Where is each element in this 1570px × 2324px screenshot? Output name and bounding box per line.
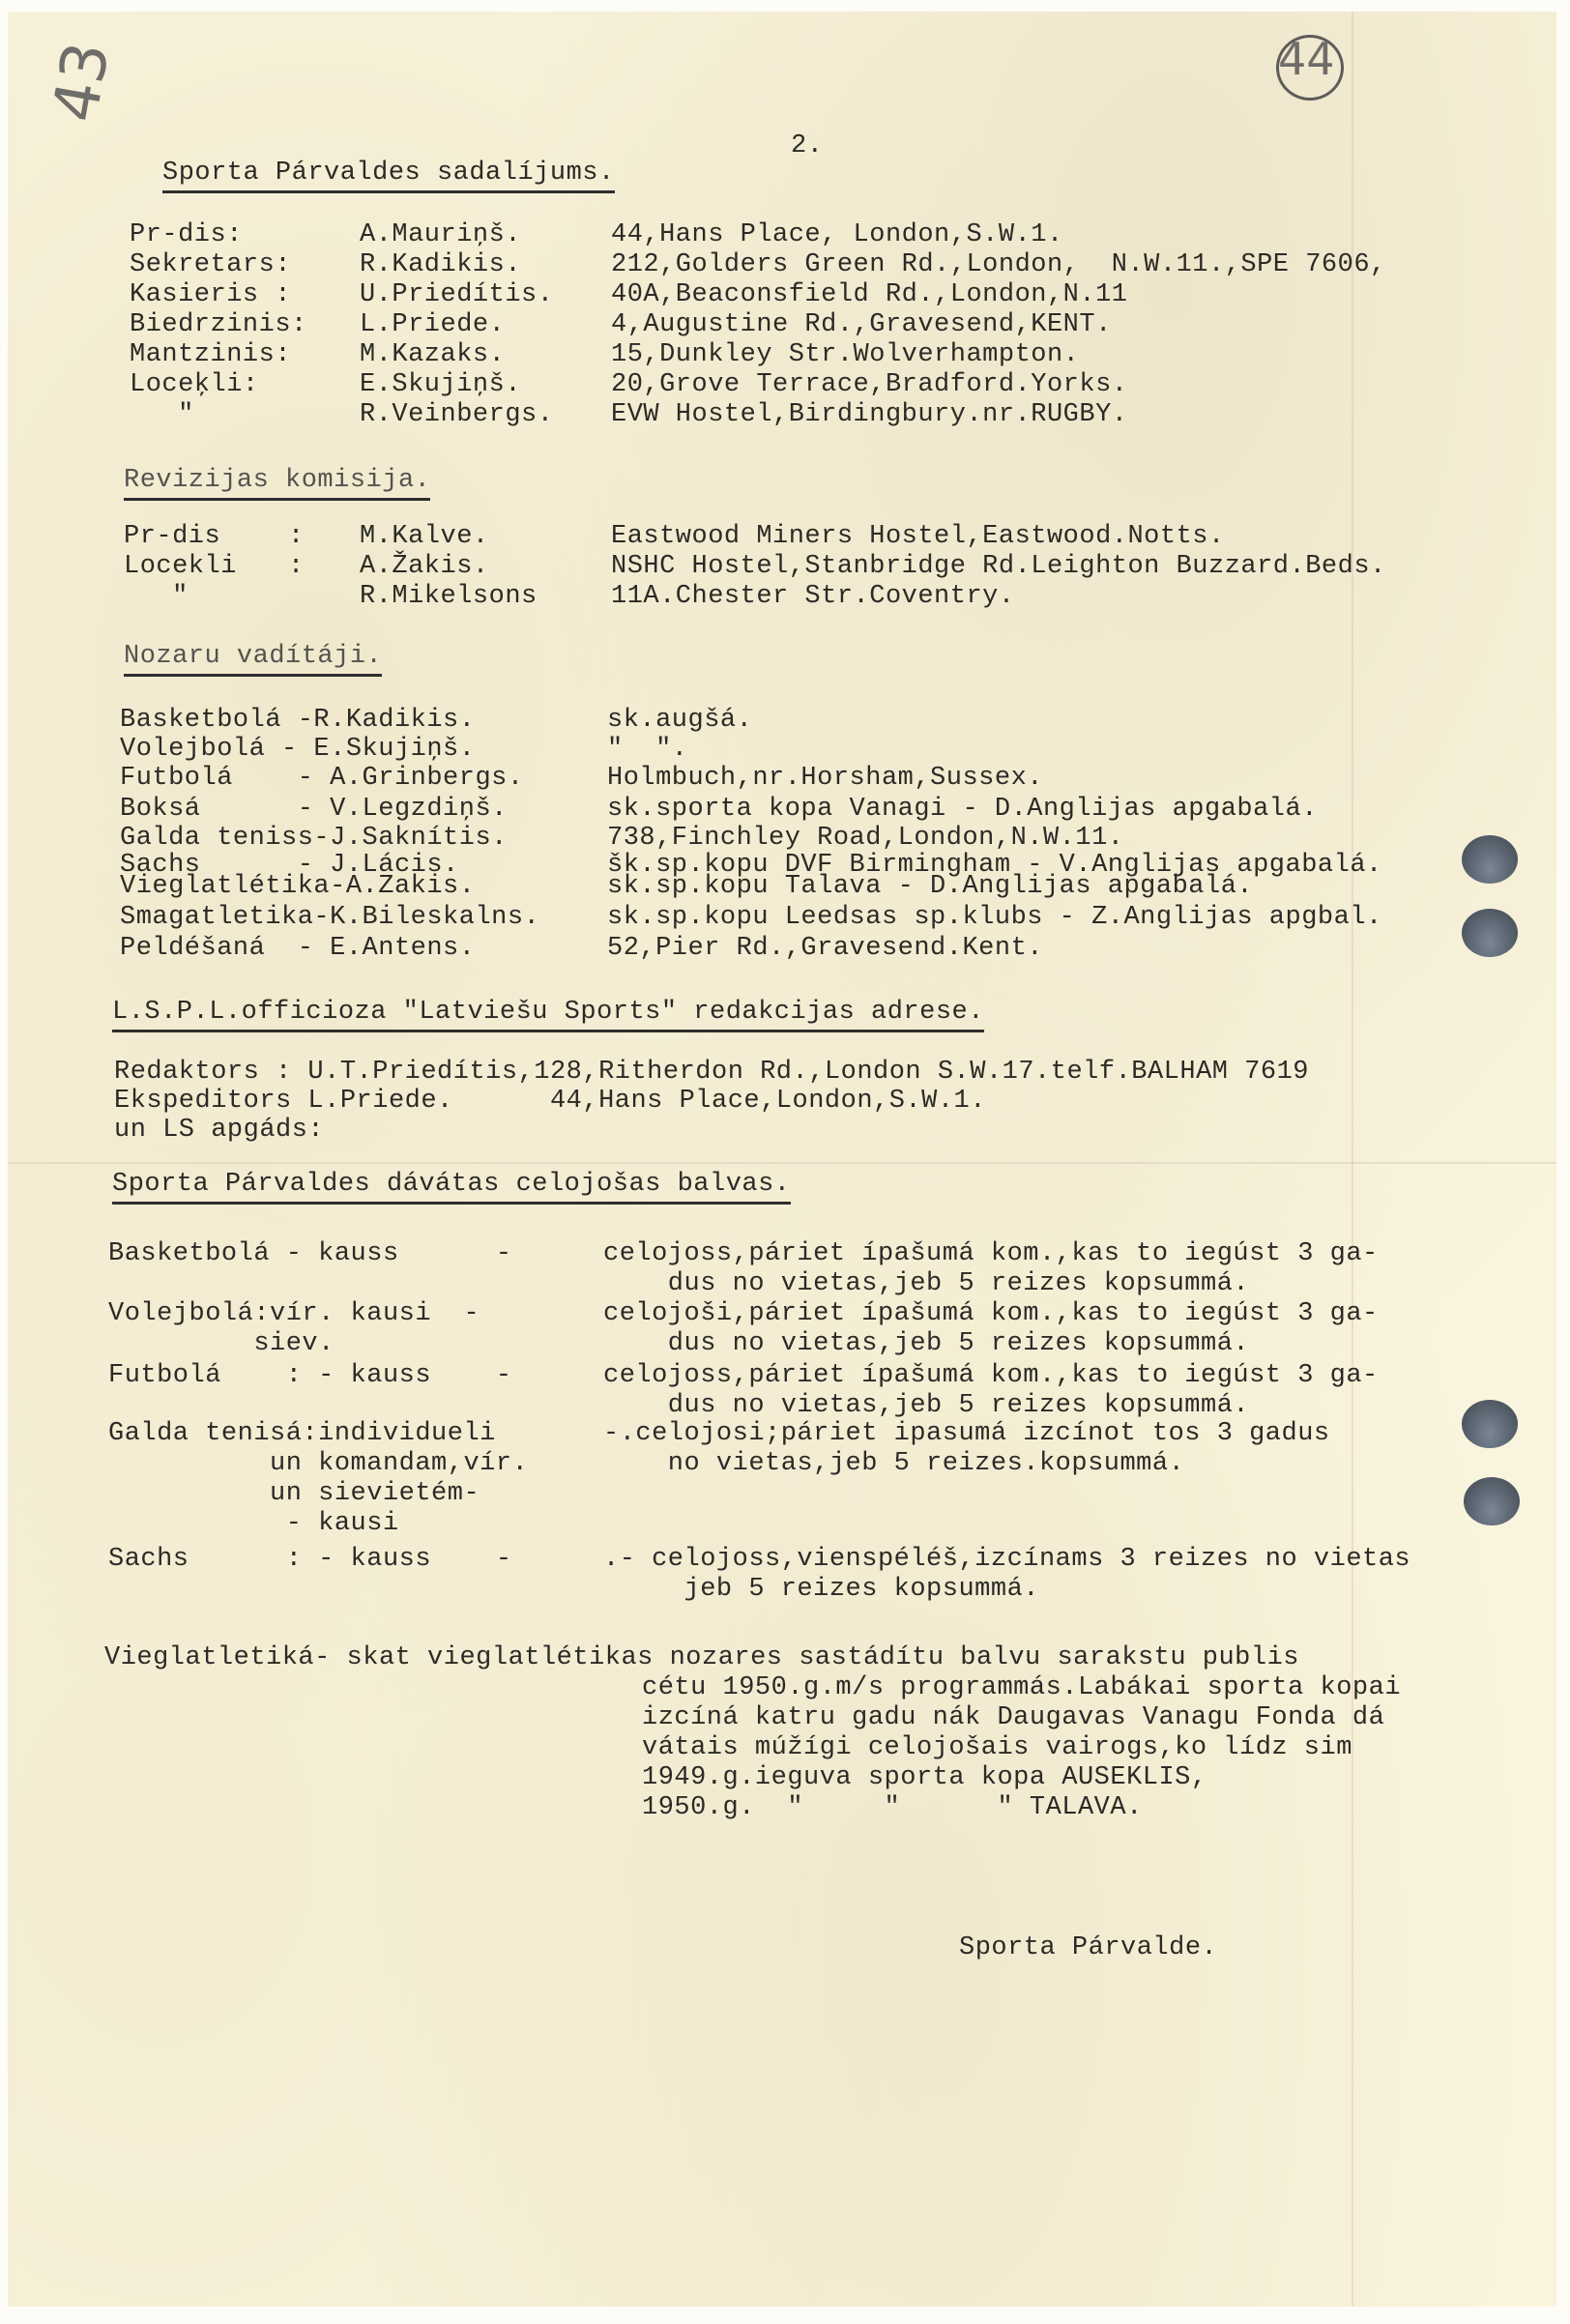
audit-member-name: R.Mikelsons	[360, 582, 538, 612]
branch-head-info: sk.sp.kopu Leedsas sp.klubs - Z.Anglijas…	[607, 903, 1382, 933]
board-role: Mantzinis:	[130, 340, 291, 370]
trophy-sport: Galda tenisá:individueli	[108, 1419, 496, 1449]
trophy-rule: celojoss,páriet ípašumá kom.,kas to iegú…	[603, 1239, 1379, 1269]
branch-head-info: " ".	[607, 735, 688, 765]
trophy-sport: Basketbolá - kauss -	[108, 1239, 512, 1269]
board-role: Loceķli:	[130, 370, 259, 400]
branch-sport-head: Futbolá - A.Grinbergs.	[120, 764, 524, 794]
board-member-name: A.Mauriņš.	[360, 220, 521, 250]
trophy-rule: celojoši,páriet ípašumá kom.,kas to iegú…	[603, 1299, 1379, 1329]
audit-role: "	[124, 582, 189, 612]
audit-member-name: M.Kalve.	[360, 522, 489, 552]
board-member-address: 4,Augustine Rd.,Gravesend,KENT.	[611, 310, 1112, 340]
punch-hole	[1462, 835, 1518, 884]
signature: Sporta Párvalde.	[959, 1933, 1217, 1963]
board-role: "	[130, 400, 194, 430]
board-member-name: R.Kadikis.	[360, 250, 521, 280]
audit-member-address: NSHC Hostel,Stanbridge Rd.Leighton Buzza…	[611, 552, 1386, 582]
branch-sport-head: Basketbolá -R.Kadikis.	[120, 706, 475, 736]
branch-head-info: sk.sp.kopu Talava - D.Anglijas apgabalá.	[607, 872, 1253, 902]
branch-sport-head: Peldéšaná - E.Antens.	[120, 934, 475, 964]
trophy-rule: no vietas,jeb 5 reizes.kopsummá.	[603, 1449, 1184, 1479]
audit-member-name: A.Žakis.	[360, 552, 489, 582]
board-member-name: M.Kazaks.	[360, 340, 505, 370]
editorial-line: Redaktors : U.T.Priedítis,128,Ritherdon …	[114, 1058, 1309, 1088]
audit-member-address: Eastwood Miners Hostel,Eastwood.Notts.	[611, 522, 1225, 552]
editorial-line: Ekspeditors L.Priede. 44,Hans Place,Lond…	[114, 1087, 986, 1117]
branch-sport-head: Galda teniss-J.Saknítis.	[120, 824, 508, 854]
trophy-sport: un komandam,vír.	[108, 1449, 528, 1479]
board-role: Sekretars:	[130, 250, 291, 280]
board-member-address: EVW Hostel,Birdingbury.nr.RUGBY.	[611, 400, 1127, 430]
trophy-sport: Sachs : - kauss -	[108, 1545, 512, 1575]
athletics-line: cétu 1950.g.m/s programmás.Labákai sport…	[642, 1673, 1401, 1703]
athletics-line: izcíná katru gadu nák Daugavas Vanagu Fo…	[642, 1703, 1384, 1733]
board-role: Biedrzinis:	[130, 310, 307, 340]
audit-separator: :	[288, 522, 305, 552]
trophy-rule: dus no vietas,jeb 5 reizes kopsummá.	[603, 1391, 1249, 1421]
handwritten-circled-number-text: 44	[1278, 33, 1335, 85]
punch-hole	[1464, 1477, 1520, 1525]
board-member-address: 20,Grove Terrace,Bradford.Yorks.	[611, 370, 1127, 400]
trophy-sport: Futbolá : - kauss -	[108, 1361, 512, 1391]
athletics-line: vátais múžígi celojošais vairogs,ko lídz…	[642, 1733, 1352, 1763]
board-member-address: 44,Hans Place, London,S.W.1.	[611, 220, 1063, 250]
board-member-name: E.Skujiņš.	[360, 370, 521, 400]
branch-sport-head: Vieglatlétika-A.Zakis.	[120, 872, 475, 902]
trophy-rule: celojoss,páriet ípašumá kom.,kas to iegú…	[603, 1361, 1379, 1391]
athletics-label: Vieglatletiká- skat vieglatlétikas nozar…	[104, 1643, 1299, 1673]
branch-head-info: sk.augšá.	[607, 706, 752, 736]
trophy-sport: - kausi	[108, 1509, 399, 1539]
branch-head-info: 738,Finchley Road,London,N.W.11.	[607, 824, 1123, 854]
trophy-sport: Volejbolá:vír. kausi -	[108, 1299, 480, 1329]
branch-sport-head: Boksá - V.Legzdiņš.	[120, 795, 508, 825]
audit-member-address: 11A.Chester Str.Coventry.	[611, 582, 1015, 612]
editorial-line: un LS apgáds:	[114, 1116, 324, 1146]
audit-separator: :	[288, 552, 305, 582]
audit-role: Locekli	[124, 552, 237, 582]
branch-head-info: 52,Pier Rd.,Gravesend.Kent.	[607, 934, 1043, 964]
board-member-name: L.Priede.	[360, 310, 505, 340]
trophy-sport: un sievietém-	[108, 1479, 480, 1509]
trophy-rule: .- celojoss,vienspéléš,izcínams 3 reizes…	[603, 1545, 1410, 1575]
board-member-name: R.Veinbergs.	[360, 400, 553, 430]
branch-sport-head: Smagatletika-K.Bileskalns.	[120, 903, 539, 933]
punch-hole	[1462, 1400, 1518, 1448]
trophy-rule: -.celojosi;páriet ipasumá izcínot tos 3 …	[603, 1419, 1330, 1449]
athletics-line: 1949.g.ieguva sporta kopa AUSEKLIS,	[642, 1763, 1207, 1793]
section-heading-audit: Revizijas komisija.	[124, 466, 430, 501]
section-heading-board: Sporta Párvaldes sadalíjums.	[162, 159, 615, 193]
fold-line-horizontal	[8, 1162, 1556, 1164]
trophy-rule: dus no vietas,jeb 5 reizes kopsummá.	[603, 1269, 1249, 1299]
punch-hole	[1462, 909, 1518, 957]
board-member-address: 15,Dunkley Str.Wolverhampton.	[611, 340, 1079, 370]
board-role: Kasieris :	[130, 280, 291, 310]
branch-head-info: sk.sporta kopa Vanagi - D.Anglijas apgab…	[607, 795, 1318, 825]
fold-line-vertical	[1352, 12, 1353, 2307]
board-role: Pr-dis:	[130, 220, 243, 250]
board-member-address: 212,Golders Green Rd.,London, N.W.11.,SP…	[611, 250, 1386, 280]
trophy-rule: jeb 5 reizes kopsummá.	[603, 1575, 1039, 1605]
branch-sport-head: Volejbolá - E.Skujiņš.	[120, 735, 475, 765]
page-number: 2.	[791, 131, 823, 161]
section-heading-editorial: L.S.P.L.officioza "Latviešu Sports" reda…	[112, 998, 984, 1032]
trophy-sport: siev.	[108, 1329, 334, 1359]
section-heading-branch-heads: Nozaru vadítáji.	[124, 642, 382, 677]
board-member-address: 40A,Beaconsfield Rd.,London,N.11	[611, 280, 1127, 310]
board-member-name: U.Priedítis.	[360, 280, 553, 310]
section-heading-trophies: Sporta Párvaldes dávátas celojošas balva…	[112, 1170, 791, 1205]
trophy-rule: dus no vietas,jeb 5 reizes kopsummá.	[603, 1329, 1249, 1359]
branch-head-info: Holmbuch,nr.Horsham,Sussex.	[607, 764, 1043, 794]
audit-role: Pr-dis	[124, 522, 220, 552]
athletics-line: 1950.g. " " " TALAVA.	[642, 1793, 1143, 1823]
handwritten-number-left: 43	[40, 37, 124, 127]
